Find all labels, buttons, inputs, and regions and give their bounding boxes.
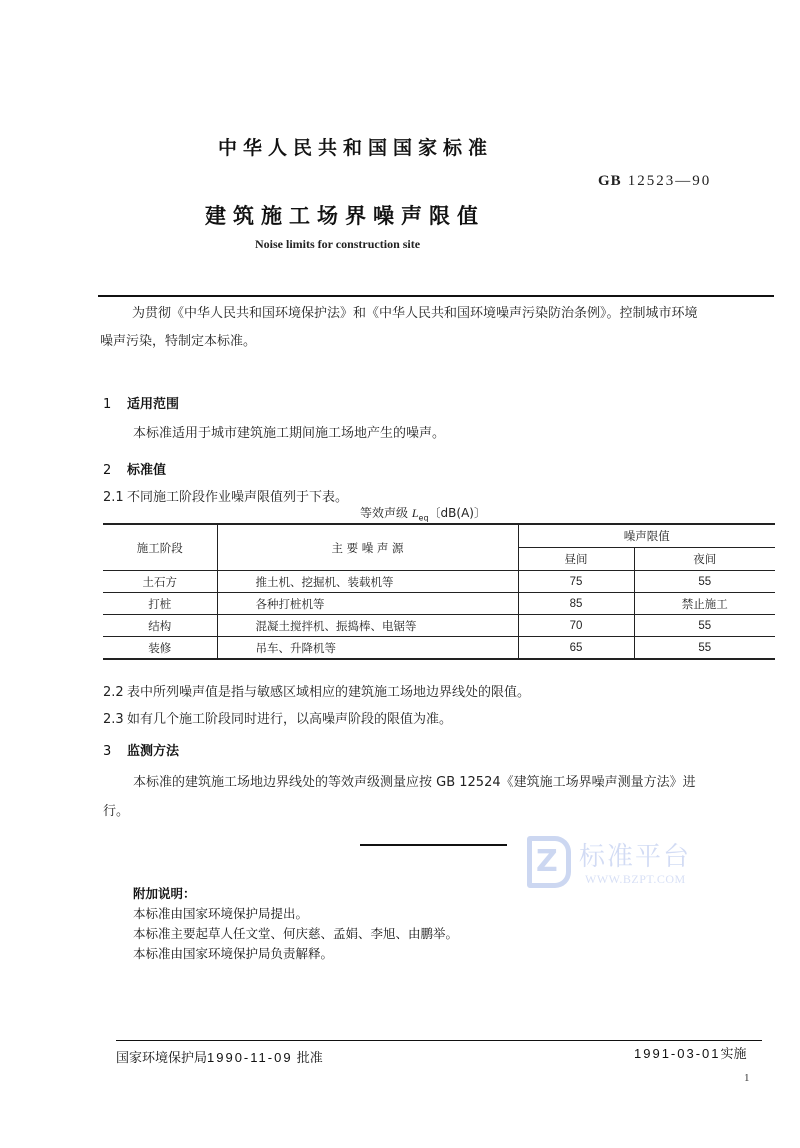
clause-2-1-text: 不同施工阶段作业噪声限值列于下表。 [127,490,348,505]
clause-2-2-text: 表中所列噪声值是指与敏感区域相应的建筑施工场地边界线处的限值。 [127,685,530,700]
cell-source: 各种打桩机等 [217,593,518,615]
intro-line-1: 为贯彻《中华人民共和国环境保护法》和《中华人民共和国环境噪声污染防治条例》。控制… [100,300,780,328]
clause-2-2-number: 2.2 [103,685,127,700]
section-2-title: 标准值 [127,463,166,478]
section-3-number: 3 [103,744,127,759]
standard-code: GB12523—90 [598,173,711,190]
approver: 国家环境保护局 [116,1051,207,1066]
table-caption: 等效声级 Leq〔dB(A)〕 [360,504,486,522]
approval-line: 国家环境保护局1990-11-09 批准 [116,1047,323,1066]
notes-title: 附加说明： [133,884,458,904]
watermark-name: 标准平台 [579,836,691,873]
document-title-english: Noise limits for construction site [255,237,420,252]
cell-day: 70 [518,615,634,637]
cell-stage: 土石方 [103,571,217,593]
notes-line: 本标准主要起草人任文堂、何庆慈、孟娟、李旭、由鹏举。 [133,924,458,944]
effective-date: 1991-03-01 [634,1046,721,1061]
table-caption-symbol: L [412,506,419,520]
section-3-line-1: 本标准的建筑施工场地边界线处的等效声级测量应按 GB 12524《建筑施工场界噪… [103,768,783,797]
header-source: 主 要 噪 声 源 [217,524,518,571]
table-row: 土石方 推土机、挖掘机、装载机等 75 55 [103,571,775,593]
intro-paragraph: 为贯彻《中华人民共和国环境保护法》和《中华人民共和国环境噪声污染防治条例》。控制… [100,300,780,356]
table-row: 打桩 各种打桩机等 85 禁止施工 [103,593,775,615]
watermark: Z 标准平台 WWW.BZPT.COM [527,836,737,896]
cell-night: 禁止施工 [634,593,775,615]
watermark-logo-letter: Z [536,847,558,877]
cell-stage: 打桩 [103,593,217,615]
header-stage: 施工阶段 [103,524,217,571]
clause-2-1-number: 2.1 [103,490,127,505]
clause-2-3-number: 2.3 [103,712,127,727]
cell-day: 65 [518,637,634,660]
watermark-logo-icon: Z [527,836,571,888]
cell-night: 55 [634,615,775,637]
table-caption-prefix: 等效声级 [360,506,408,520]
watermark-url: WWW.BZPT.COM [585,872,686,887]
notes-line: 本标准由国家环境保护局提出。 [133,904,458,924]
section-1-title: 适用范围 [127,397,179,412]
approval-date: 1990-11-09 [207,1050,293,1065]
standard-code-prefix: GB [598,173,622,189]
cell-source: 吊车、升降机等 [217,637,518,660]
clause-2-1: 2.1不同施工阶段作业噪声限值列于下表。 [103,486,348,505]
cell-stage: 结构 [103,615,217,637]
clause-2-3-text: 如有几个施工阶段同时进行，以高噪声阶段的限值为准。 [127,712,452,727]
cell-source: 推土机、挖掘机、装载机等 [217,571,518,593]
table-caption-subscript: eq [419,513,429,522]
cell-day: 75 [518,571,634,593]
approval-label: 批准 [297,1051,323,1066]
noise-limits-table: 施工阶段 主 要 噪 声 源 噪声限值 昼间 夜间 土石方 推土机、挖掘机、装载… [103,523,775,660]
page-number: 1 [744,1072,750,1084]
section-3-heading: 3监测方法 [103,740,179,759]
table-row: 装修 吊车、升降机等 65 55 [103,637,775,660]
standard-code-number: 12523—90 [628,173,712,189]
additional-notes: 附加说明： 本标准由国家环境保护局提出。 本标准主要起草人任文堂、何庆慈、孟娟、… [133,884,458,964]
notes-line: 本标准由国家环境保护局负责解释。 [133,944,458,964]
footer-divider [116,1040,762,1041]
header-divider [98,295,774,297]
document-title: 建筑施工场界噪声限值 [205,200,485,230]
header-limit: 噪声限值 [518,524,775,548]
header-night: 夜间 [634,548,775,571]
section-3-line-2: 行。 [103,797,783,826]
clause-2-3: 2.3如有几个施工阶段同时进行，以高噪声阶段的限值为准。 [103,708,452,727]
cell-night: 55 [634,571,775,593]
effective-line: 1991-03-01实施 [634,1043,747,1062]
effective-label: 实施 [721,1047,747,1062]
section-2-number: 2 [103,463,127,478]
issuing-body-title: 中华人民共和国国家标准 [218,133,493,160]
cell-day: 85 [518,593,634,615]
section-1-heading: 1适用范围 [103,393,179,412]
section-3-body: 本标准的建筑施工场地边界线处的等效声级测量应按 GB 12524《建筑施工场界噪… [103,768,783,826]
table-caption-unit: 〔dB(A)〕 [429,506,486,520]
end-of-text-divider [360,844,507,846]
section-3-title: 监测方法 [127,744,179,759]
header-day: 昼间 [518,548,634,571]
cell-stage: 装修 [103,637,217,660]
cell-night: 55 [634,637,775,660]
cell-source: 混凝土搅拌机、振捣棒、电锯等 [217,615,518,637]
table-row: 结构 混凝土搅拌机、振捣棒、电锯等 70 55 [103,615,775,637]
intro-line-2: 噪声污染，特制定本标准。 [100,328,780,356]
section-2-heading: 2标准值 [103,459,166,478]
clause-2-2: 2.2表中所列噪声值是指与敏感区域相应的建筑施工场地边界线处的限值。 [103,681,530,700]
section-1-number: 1 [103,397,127,412]
section-1-body: 本标准适用于城市建筑施工期间施工场地产生的噪声。 [133,422,445,441]
